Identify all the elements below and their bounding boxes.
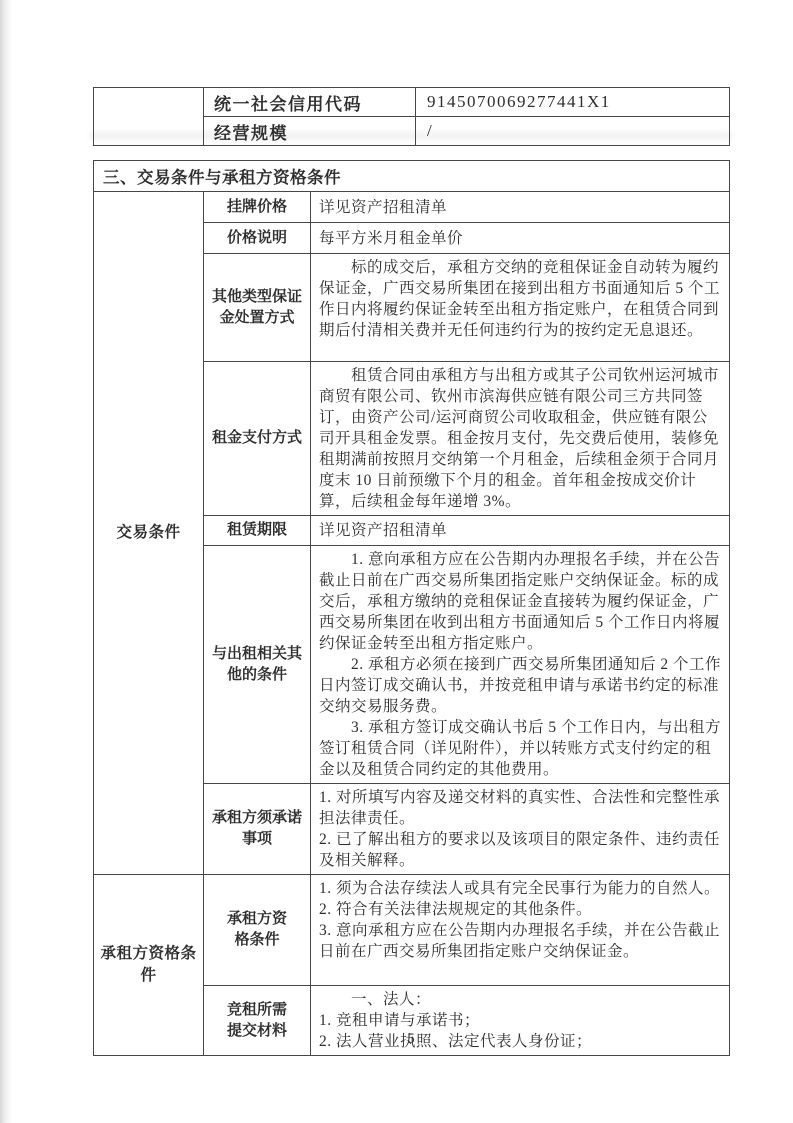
table-row: 统一社会信用代码 9145070069277441X1: [94, 88, 730, 117]
lease-term-label: 租赁期限: [204, 516, 311, 546]
lessee-commitments-label: 承租方须承诺 事项: [204, 784, 311, 875]
other-deposit-handling-label: 其他类型保证 金处置方式: [204, 254, 311, 362]
table-row: 三、交易条件与承租方资格条件: [94, 161, 730, 192]
lease-term-value: 详见资产招租清单: [311, 516, 730, 546]
listing-price-value: 详见资产招租清单: [311, 192, 730, 223]
document-page: { "document": { "page_number": "5", "inf…: [0, 0, 793, 1123]
section-title: 三、交易条件与承租方资格条件: [94, 161, 730, 192]
lessee-commitments-value: 1. 对所填写内容及递交材料的真实性、合法性和完整性承担法律责任。 2. 已了解…: [311, 784, 730, 875]
info-table-empty-cell: [94, 88, 204, 146]
other-lease-conditions-value: 1. 意向承租方应在公告期内办理报名手续，并在公告截止日前在广西交易所集团指定账…: [311, 546, 730, 784]
scan-left-edge-artifact: [0, 0, 13, 1123]
listing-price-label: 挂牌价格: [204, 192, 311, 223]
lessee-qualification-label: 承租方资 格条件: [204, 875, 311, 986]
business-scale-value: /: [416, 117, 730, 146]
conditions-table: 三、交易条件与承租方资格条件 交易条件 挂牌价格 详见资产招租清单 价格说明 每…: [93, 160, 730, 1056]
table-row: 承租方资格条 件 承租方资 格条件 1. 须为合法存续法人或具有完全民事行为能力…: [94, 875, 730, 986]
price-note-value: 每平方米月租金单价: [311, 223, 730, 254]
other-deposit-handling-value: 标的成交后，承租方交纳的竞租保证金自动转为履约保证金，广西交易所集团在接到出租方…: [311, 254, 730, 362]
business-scale-label: 经营规模: [204, 117, 416, 146]
credit-code-label: 统一社会信用代码: [204, 88, 416, 117]
page-number: 5: [93, 1031, 729, 1048]
group-label-lessee-qualifications: 承租方资格条 件: [94, 875, 204, 1056]
lessee-qualification-value: 1. 须为合法存续法人或具有完全民事行为能力的自然人。 2. 符合有关法律法规规…: [311, 875, 730, 986]
rent-payment-method-label: 租金支付方式: [204, 362, 311, 516]
table-row: 交易条件 挂牌价格 详见资产招租清单: [94, 192, 730, 223]
credit-code-value: 9145070069277441X1: [416, 88, 730, 117]
info-table: 统一社会信用代码 9145070069277441X1 经营规模 /: [93, 87, 730, 146]
price-note-label: 价格说明: [204, 223, 311, 254]
other-lease-conditions-label: 与出租相关其 他的条件: [204, 546, 311, 784]
group-label-transaction-conditions: 交易条件: [94, 192, 204, 875]
rent-payment-method-value: 租赁合同由承租方与出租方或其子公司钦州运河城市商贸有限公司、钦州市滨海供应链有限…: [311, 362, 730, 516]
